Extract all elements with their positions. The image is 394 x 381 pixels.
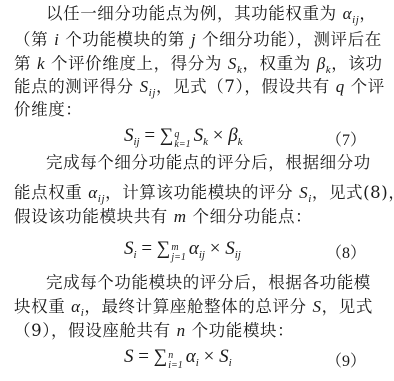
text: 块权重	[14, 297, 65, 316]
equation-number: （8）	[326, 240, 366, 263]
math-var: m	[174, 207, 187, 226]
math-var: k	[37, 54, 45, 73]
math-op: = ∑	[137, 238, 171, 259]
equation-number: （7）	[326, 127, 366, 150]
math-op: ×	[205, 238, 225, 259]
math-var: S	[140, 77, 149, 96]
math-sub: i	[229, 357, 232, 369]
sum-lower: j=1	[171, 253, 186, 263]
math-op: ×	[208, 125, 228, 146]
math-var: S	[225, 238, 235, 259]
math-var: α	[186, 346, 196, 367]
text: 个细分功能），测评后在	[202, 30, 382, 49]
text: 个细分功能点：	[193, 207, 313, 226]
text-line: 价维度：	[14, 100, 82, 120]
text-line: （9），假设座舱共有 n 个功能模块：	[14, 321, 294, 341]
math-op: = ∑	[134, 346, 168, 367]
math-var: α	[189, 238, 199, 259]
text: （9），假设座舱共有	[14, 321, 171, 340]
math-var: q	[336, 77, 345, 96]
text-line: 完成每个细分功能点的评分后，根据细分功	[46, 153, 371, 173]
text: 价维度：	[14, 100, 82, 119]
text: ，最终计算座舱整体的总评分	[84, 297, 306, 316]
math-var: S	[228, 54, 237, 73]
text: 以任一细分功能点为例，其功能权重为	[46, 4, 337, 23]
text: ，权重为	[242, 54, 310, 73]
text: 能点的测评得分	[14, 77, 134, 96]
text: 假设该功能模块共有	[14, 207, 168, 226]
text: ，见式	[322, 297, 373, 316]
math-sub: ij	[149, 87, 156, 99]
math-var: i	[54, 30, 59, 49]
math-var: α	[71, 297, 81, 316]
math-var: α	[88, 183, 98, 202]
sum-limits: mj=1	[171, 243, 186, 263]
math-var: β	[228, 125, 237, 146]
text: 个功能模块的第	[65, 30, 185, 49]
text: ，见式(8)，	[312, 183, 394, 202]
equation-8: Si = ∑mj=1αij × Sij	[124, 238, 241, 263]
text: ，该功	[331, 54, 382, 73]
math-var: β	[317, 54, 326, 73]
text: ，	[359, 4, 376, 23]
math-var: S	[124, 346, 134, 367]
text-line: （第 i 个功能模块的第 j 个细分功能），测评后在	[14, 30, 382, 50]
text-line: 以任一细分功能点为例，其功能权重为 αij，	[46, 4, 377, 30]
equation-7: Sij = ∑qk=1Sk × βk	[124, 125, 243, 150]
math-var: j	[191, 30, 196, 49]
math-var: S	[219, 346, 229, 367]
text: 能点权重	[14, 183, 82, 202]
sum-limits: qk=1	[174, 130, 190, 150]
math-var: S	[124, 238, 134, 259]
math-sub: ij	[98, 193, 105, 205]
math-var: S	[194, 125, 204, 146]
sum-limits: ni=1	[168, 351, 183, 371]
sum-lower: i=1	[168, 361, 183, 371]
math-op: = ∑	[140, 125, 174, 146]
math-sub: ij	[235, 249, 241, 261]
text-line: 能点权重 αij，计算该功能模块的评分 Si，见式(8)，	[14, 183, 394, 209]
text: （第	[14, 30, 48, 49]
text: ，计算该功能模块的评分	[105, 183, 293, 202]
math-op: ×	[199, 346, 219, 367]
text: 个评价维度上，得分为	[51, 54, 222, 73]
math-var: α	[343, 4, 353, 23]
text-line: 假设该功能模块共有 m 个细分功能点：	[14, 207, 312, 227]
math-sub: k	[238, 136, 243, 148]
math-var: n	[177, 321, 186, 340]
math-var: S	[299, 183, 308, 202]
math-var: S	[124, 125, 134, 146]
equation-number: （9）	[326, 348, 366, 371]
text: 个评	[351, 77, 385, 96]
text: 个功能模块：	[192, 321, 295, 340]
text: ，见式（7），假设共有	[156, 77, 330, 96]
text-line: 块权重 αi，最终计算座舱整体的总评分 S，见式	[14, 297, 373, 323]
math-var: S	[313, 297, 322, 316]
text-line: 完成每个功能模块的评分后，根据各功能模	[46, 273, 371, 293]
text: 第	[14, 54, 31, 73]
text: 完成每个功能模块的评分后，根据各功能模	[46, 273, 371, 292]
equation-9: S = ∑ni=1αi × Si	[124, 346, 232, 371]
text: 完成每个细分功能点的评分后，根据细分功	[46, 153, 371, 172]
sum-lower: k=1	[174, 140, 190, 150]
